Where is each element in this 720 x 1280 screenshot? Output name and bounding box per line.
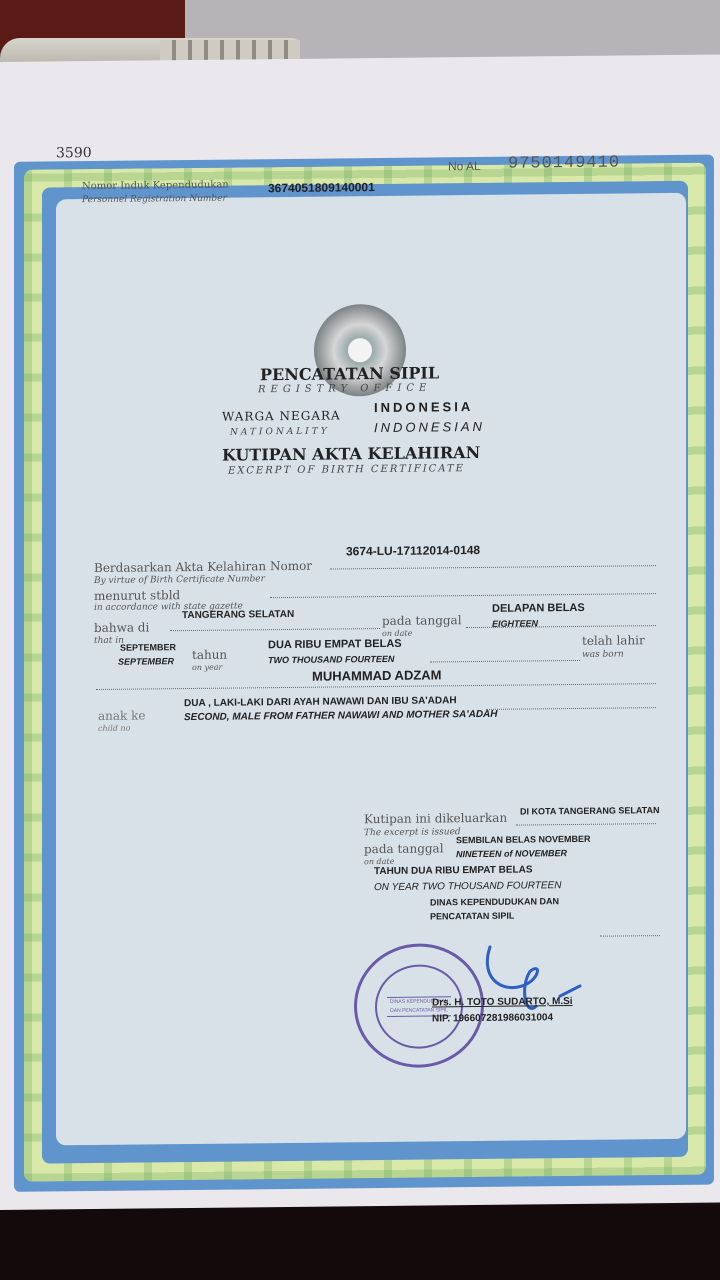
document-title: KUTIPAN AKTA KELAHIRAN: [222, 443, 480, 465]
date-label: pada tanggal: [382, 613, 462, 628]
issued-place: DI KOTA TANGERANG SELATAN: [520, 805, 660, 816]
child-label: anak ke: [98, 708, 146, 722]
issued-year-value: TAHUN DUA RIBU EMPAT BELAS: [374, 864, 533, 877]
issuing-office-2: PENCATATAN SIPIL: [430, 911, 514, 922]
nik-label-en: Personnel Registration Number: [82, 194, 227, 206]
background-table: [0, 1205, 720, 1280]
issuing-office: DINAS KEPENDUDUKAN DAN: [430, 896, 559, 907]
year-label: tahun: [192, 648, 227, 662]
place-value: TANGERANG SELATAN: [182, 609, 294, 621]
cert-number-label-en: By virtue of Birth Certificate Number: [94, 574, 265, 586]
certificate-paper: 3590 Nomor Induk Kependudukan Personnel …: [0, 54, 720, 1210]
nationality-value-en: INDONESIAN: [374, 419, 485, 435]
nationality-label: WARGA NEGARA: [222, 408, 341, 423]
year-value-en: TWO THOUSAND FOURTEEN: [268, 654, 394, 665]
office-title-en: REGISTRY OFFICE: [258, 382, 431, 395]
place-label: bahwa di: [94, 620, 149, 635]
cert-number-value: 3674-LU-17112014-0148: [346, 543, 480, 558]
date-value: DELAPAN BELAS: [492, 602, 585, 615]
nationality-value: INDONESIA: [374, 399, 473, 415]
year-value: DUA RIBU EMPAT BELAS: [268, 638, 402, 651]
issued-year-value-en: ON YEAR TWO THOUSAND FOURTEEN: [374, 880, 561, 893]
month-value-en: SEPTEMBER: [118, 656, 174, 667]
no-al-value: 9750149410: [508, 154, 620, 174]
stbld-label: menurut stbld: [94, 588, 180, 603]
office-title: PENCATATAN SIPIL: [260, 363, 439, 384]
nik-value: 3674051809140001: [268, 180, 375, 195]
no-al-label: No AL: [448, 159, 481, 173]
issued-date-value: SEMBILAN BELAS NOVEMBER: [456, 834, 591, 845]
child-label-en: child no: [98, 724, 130, 733]
issued-date-label-en: on date: [364, 857, 394, 866]
year-label-en: on year: [192, 663, 222, 672]
date-label-en: on date: [382, 629, 412, 638]
issued-label-en: The excerpt is issued: [364, 827, 461, 838]
issued-label: Kutipan ini dikeluarkan: [364, 811, 507, 826]
born-label-en: was born: [582, 649, 624, 659]
child-name: MUHAMMAD ADZAM: [312, 667, 442, 683]
cert-number-label: Berdasarkan Akta Kelahiran Nomor: [94, 559, 312, 575]
born-label: telah lahir: [582, 633, 645, 648]
official-name: Drs. H. TOTO SUDARTO, M.Si: [432, 996, 573, 1008]
official-nip: NIP. 196607281986031004: [432, 1012, 553, 1024]
handwritten-number: 3590: [56, 145, 92, 161]
issued-date-label: pada tanggal: [364, 841, 444, 856]
issued-date-value-en: NINETEEN of NOVEMBER: [456, 848, 567, 859]
month-value: SEPTEMBER: [120, 642, 176, 653]
nationality-label-en: NATIONALITY: [230, 427, 330, 438]
nik-label: Nomor Induk Kependudukan: [82, 180, 229, 193]
